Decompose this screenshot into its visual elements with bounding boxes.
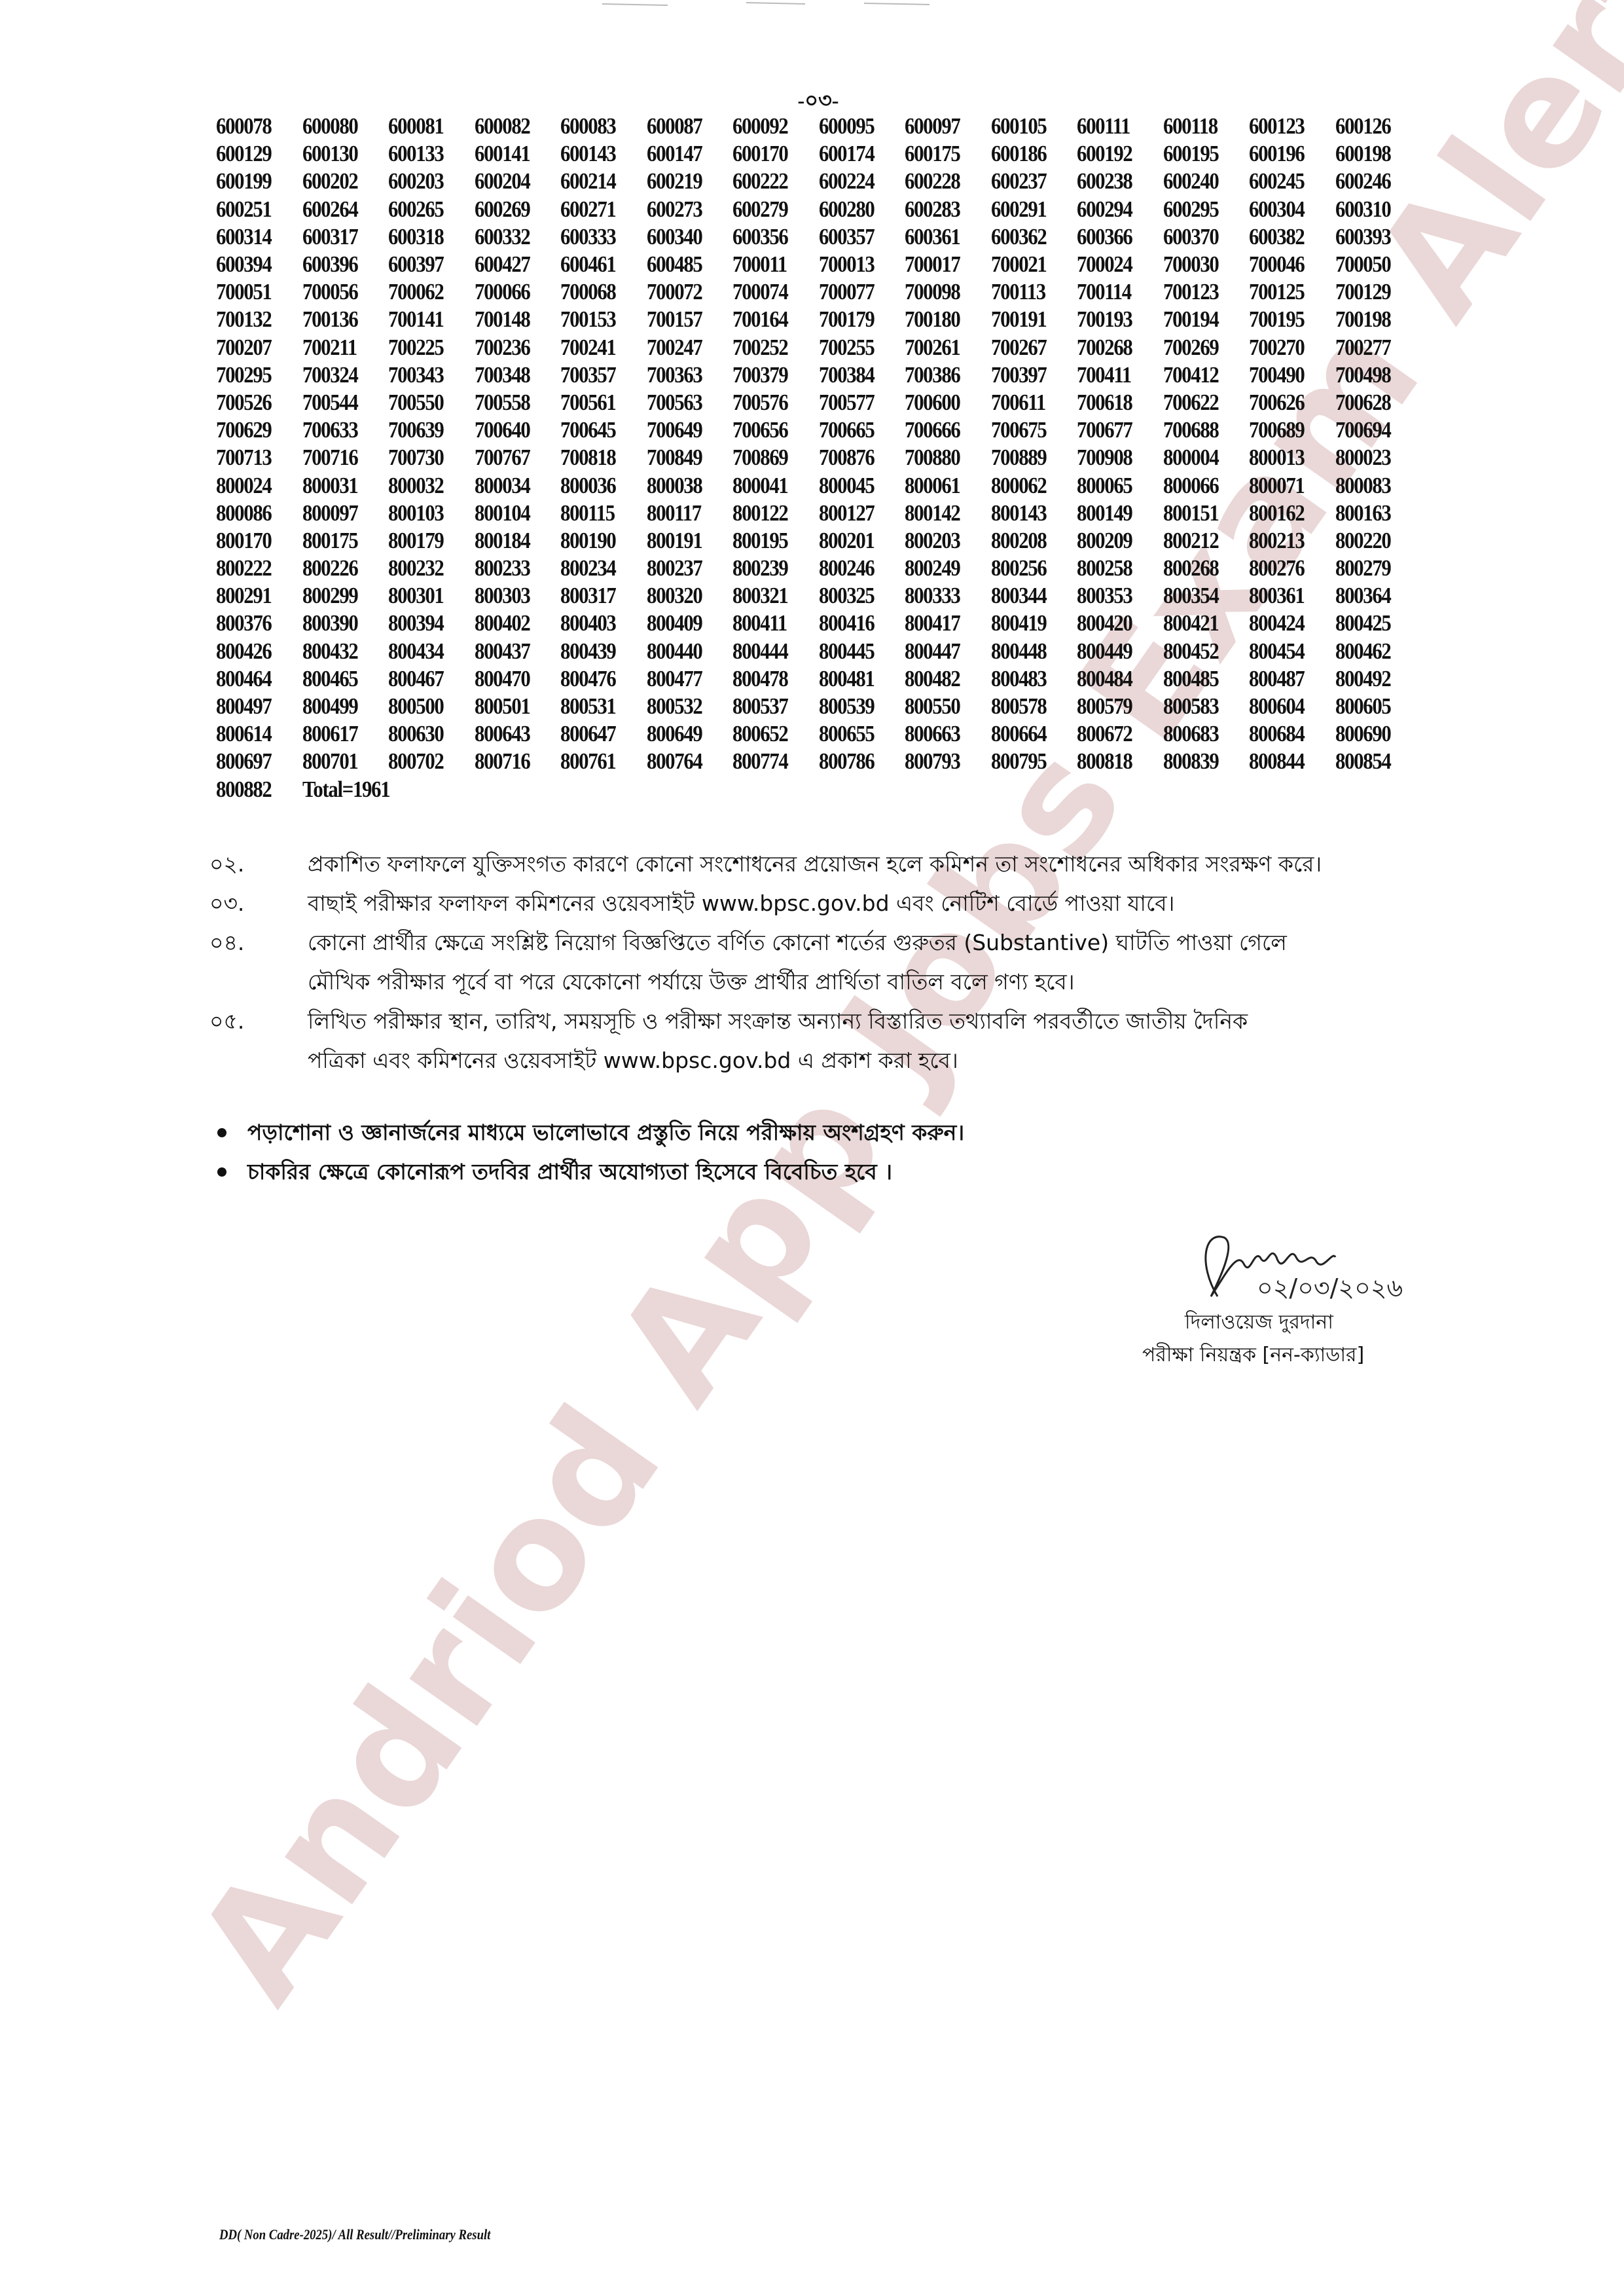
roll-number: 800237	[647, 555, 723, 581]
roll-number: 800127	[819, 500, 895, 526]
roll-number: 800142	[905, 500, 981, 526]
roll-number: 800256	[991, 555, 1067, 581]
roll-number: 700849	[647, 445, 723, 471]
note-item: ০৩.বাছাই পরীক্ষার ফলাফল কমিশনের ওয়েবসাই…	[209, 884, 1519, 923]
roll-number: 800537	[732, 693, 808, 720]
roll-number: 800233	[475, 555, 550, 581]
roll-number-row: 6000786000806000816000826000836000876000…	[216, 113, 1460, 140]
roll-number: 800424	[1249, 610, 1325, 636]
roll-number: 600080	[302, 113, 378, 139]
roll-number: 800643	[475, 721, 550, 747]
roll-number: 800439	[560, 638, 636, 665]
note-text: প্রকাশিত ফলাফলে যুক্তিসংগত কারণে কোনো সং…	[308, 845, 1519, 884]
roll-number: 600083	[560, 113, 636, 139]
roll-number: 800437	[475, 638, 550, 665]
note-text: বাছাই পরীক্ষার ফলাফল কমিশনের ওয়েবসাইট w…	[308, 884, 1519, 923]
roll-number: 700247	[647, 335, 723, 361]
roll-number: 600095	[819, 113, 895, 139]
roll-number: 800038	[647, 473, 723, 499]
roll-number: 800501	[475, 693, 550, 720]
roll-number: 600147	[647, 141, 723, 167]
roll-number: 800201	[819, 528, 895, 554]
roll-number: 800276	[1249, 555, 1325, 581]
note-index	[209, 962, 308, 1002]
roll-number: 700412	[1163, 362, 1239, 388]
roll-number: 600332	[475, 224, 550, 250]
roll-number: 800578	[991, 693, 1067, 720]
roll-number: 800041	[732, 473, 808, 499]
roll-number: 600196	[1249, 141, 1325, 167]
roll-number: 800333	[905, 583, 981, 609]
roll-number: 700577	[819, 390, 895, 416]
roll-number: 800426	[216, 638, 292, 665]
roll-number: 700576	[732, 390, 808, 416]
roll-number: 800449	[1077, 638, 1153, 665]
roll-number: 800321	[732, 583, 808, 609]
roll-number: 800425	[1335, 610, 1411, 636]
roll-number: 600081	[388, 113, 464, 139]
roll-number: 700113	[991, 279, 1067, 305]
roll-number: 700072	[647, 279, 723, 305]
roll-number: 700198	[1335, 306, 1411, 333]
roll-number: 700526	[216, 390, 292, 416]
roll-number: 800143	[991, 500, 1067, 526]
roll-number: 700666	[905, 417, 981, 443]
roll-number: 800083	[1335, 473, 1411, 499]
roll-number: 800320	[647, 583, 723, 609]
roll-number: 800203	[905, 528, 981, 554]
roll-number: 600294	[1077, 196, 1153, 223]
roll-number: 600118	[1163, 113, 1239, 139]
roll-number: 700267	[991, 335, 1067, 361]
roll-number: 800023	[1335, 445, 1411, 471]
roll-number: 800786	[819, 748, 895, 775]
roll-number: 700411	[1077, 362, 1153, 388]
roll-number: 800062	[991, 473, 1067, 499]
roll-number: 700269	[1163, 335, 1239, 361]
roll-number: 800432	[302, 638, 378, 665]
roll-number: 700688	[1163, 417, 1239, 443]
roll-number: 800793	[905, 748, 981, 775]
roll-number: 600318	[388, 224, 464, 250]
roll-number: 800487	[1249, 666, 1325, 692]
roll-number: 700561	[560, 390, 636, 416]
roll-number: 800477	[647, 666, 723, 692]
total-count: Total=1961	[302, 777, 389, 803]
roll-number: 800213	[1249, 528, 1325, 554]
roll-number: 800208	[991, 528, 1067, 554]
roll-number: 800220	[1335, 528, 1411, 554]
roll-number: 800419	[991, 610, 1067, 636]
roll-number: 800531	[560, 693, 636, 720]
roll-number: 700563	[647, 390, 723, 416]
signatory-title: পরীক্ষা নিয়ন্ত্রক [নন-ক্যাডার]	[1142, 1339, 1364, 1372]
roll-number: 800268	[1163, 555, 1239, 581]
note-item: পত্রিকা এবং কমিশনের ওয়েবসাইট www.bpsc.g…	[209, 1041, 1519, 1080]
roll-number: 700211	[302, 335, 378, 361]
roll-number: 800353	[1077, 583, 1153, 609]
roll-number: 800190	[560, 528, 636, 554]
roll-number: 700236	[475, 335, 550, 361]
roll-number: 800258	[1077, 555, 1153, 581]
roll-number: 700252	[732, 335, 808, 361]
roll-number: 700077	[819, 279, 895, 305]
roll-number: 600141	[475, 141, 550, 167]
signatory-name: দিলাওয়েজ দুরদানা	[1185, 1306, 1333, 1340]
roll-number: 800184	[475, 528, 550, 554]
roll-number: 700386	[905, 362, 981, 388]
roll-number: 600214	[560, 168, 636, 194]
roll-number: 800605	[1335, 693, 1411, 720]
roll-number: 700611	[991, 390, 1067, 416]
roll-number-row: 7006297006337006397006407006457006497006…	[216, 416, 1460, 444]
roll-number: 600333	[560, 224, 636, 250]
roll-number: 800394	[388, 610, 464, 636]
roll-number: 800647	[560, 721, 636, 747]
note-item: ০৫.লিখিত পরীক্ষার স্থান, তারিখ, সময়সূচি…	[209, 1002, 1519, 1041]
roll-number: 800448	[991, 638, 1067, 665]
roll-number: 600097	[905, 113, 981, 139]
roll-number-row: 7002077002117002257002367002417002477002…	[216, 334, 1460, 361]
bullet-dot-icon	[217, 1167, 226, 1177]
roll-number: 800279	[1335, 555, 1411, 581]
roll-number: 700665	[819, 417, 895, 443]
roll-number: 700056	[302, 279, 378, 305]
roll-number: 800212	[1163, 528, 1239, 554]
roll-number: 800672	[1077, 721, 1153, 747]
roll-number: 700876	[819, 445, 895, 471]
roll-number: 700164	[732, 306, 808, 333]
roll-number: 800013	[1249, 445, 1325, 471]
roll-number: 700639	[388, 417, 464, 443]
roll-number: 600222	[732, 168, 808, 194]
note-index: ০৪.	[209, 923, 308, 962]
roll-number: 600264	[302, 196, 378, 223]
roll-number-row: 8004268004328004348004378004398004408004…	[216, 638, 1460, 665]
roll-number: 600393	[1335, 224, 1411, 250]
roll-number: 700051	[216, 279, 292, 305]
roll-number: 700626	[1249, 390, 1325, 416]
roll-number: 800162	[1249, 500, 1325, 526]
roll-number: 600317	[302, 224, 378, 250]
roll-number: 700261	[905, 335, 981, 361]
roll-number: 700363	[647, 362, 723, 388]
roll-number: 700689	[1249, 417, 1325, 443]
roll-number: 700021	[991, 251, 1067, 278]
roll-number: 800024	[216, 473, 292, 499]
roll-number-row: 7001327001367001417001487001537001577001…	[216, 306, 1460, 333]
roll-number: 800465	[302, 666, 378, 692]
roll-number: 700062	[388, 279, 464, 305]
roll-number: 800500	[388, 693, 464, 720]
roll-number: 700629	[216, 417, 292, 443]
note-item: ০২.প্রকাশিত ফলাফলে যুক্তিসংগত কারণে কোনো…	[209, 845, 1519, 884]
roll-number: 800403	[560, 610, 636, 636]
roll-number: 800702	[388, 748, 464, 775]
roll-number: 600133	[388, 141, 464, 167]
roll-number: 800854	[1335, 748, 1411, 775]
roll-number: 700295	[216, 362, 292, 388]
roll-number: 600366	[1077, 224, 1153, 250]
roll-number: 800761	[560, 748, 636, 775]
roll-number: 600198	[1335, 141, 1411, 167]
roll-number: 700324	[302, 362, 378, 388]
roll-number: 800492	[1335, 666, 1411, 692]
roll-number-row: 8006148006178006308006438006478006498006…	[216, 720, 1460, 748]
roll-number: 700068	[560, 279, 636, 305]
bullet-dot-icon	[217, 1128, 226, 1137]
note-index: ০৩.	[209, 884, 308, 923]
roll-number: 800476	[560, 666, 636, 692]
roll-number: 800344	[991, 583, 1067, 609]
roll-number: 800583	[1163, 693, 1239, 720]
roll-number: 700348	[475, 362, 550, 388]
roll-number: 800470	[475, 666, 550, 692]
roll-number-row: 800882Total=1961	[216, 776, 1460, 803]
roll-number: 600175	[905, 141, 981, 167]
roll-number: 800291	[216, 583, 292, 609]
roll-number: 600219	[647, 168, 723, 194]
roll-number: 700046	[1249, 251, 1325, 278]
roll-number: 800464	[216, 666, 292, 692]
bullet-text: পড়াশোনা ও জ্ঞানার্জনের মাধ্যমে ভালোভাবে…	[247, 1113, 964, 1152]
note-text: লিখিত পরীক্ষার স্থান, তারিখ, সময়সূচি ও …	[308, 1002, 1519, 1041]
note-text: কোনো প্রার্থীর ক্ষেত্রে সংশ্লিষ্ট নিয়োগ…	[308, 923, 1519, 962]
roll-number-list: 6000786000806000816000826000836000876000…	[216, 113, 1460, 803]
roll-number: 600394	[216, 251, 292, 278]
roll-number: 800122	[732, 500, 808, 526]
roll-number: 800532	[647, 693, 723, 720]
roll-number: 700622	[1163, 390, 1239, 416]
roll-number: 700125	[1249, 279, 1325, 305]
roll-number: 800364	[1335, 583, 1411, 609]
roll-number: 800697	[216, 748, 292, 775]
roll-number: 600228	[905, 168, 981, 194]
roll-number: 800447	[905, 638, 981, 665]
roll-number: 800684	[1249, 721, 1325, 747]
roll-number: 600203	[388, 168, 464, 194]
roll-number: 800246	[819, 555, 895, 581]
roll-number: 600170	[732, 141, 808, 167]
roll-number: 700558	[475, 390, 550, 416]
roll-number: 800249	[905, 555, 981, 581]
roll-number-row: 8006978007018007028007168007618007648007…	[216, 748, 1460, 775]
roll-number: 600237	[991, 168, 1067, 194]
roll-number: 700241	[560, 335, 636, 361]
roll-number: 800452	[1163, 638, 1239, 665]
roll-number: 600291	[991, 196, 1067, 223]
roll-number: 800195	[732, 528, 808, 554]
roll-number: 600310	[1335, 196, 1411, 223]
roll-number: 600130	[302, 141, 378, 167]
roll-number: 800774	[732, 748, 808, 775]
bullet-text: চাকরির ক্ষেত্রে কোনোরূপ তদবির প্রার্থীর …	[247, 1152, 892, 1192]
roll-number-row: 8004978004998005008005018005318005328005…	[216, 693, 1460, 720]
roll-number: 700694	[1335, 417, 1411, 443]
roll-number: 600105	[991, 113, 1067, 139]
roll-number: 800071	[1249, 473, 1325, 499]
roll-number: 800234	[560, 555, 636, 581]
roll-number-row: 6003146003176003186003326003336003406003…	[216, 223, 1460, 251]
footer-reference: DD( Non Cadre-2025)/ All Result//Prelimi…	[219, 2226, 490, 2243]
roll-number: 800086	[216, 500, 292, 526]
roll-number: 800209	[1077, 528, 1153, 554]
roll-number: 700193	[1077, 306, 1153, 333]
roll-number-row: 7000517000567000627000667000687000727000…	[216, 278, 1460, 306]
roll-number: 700889	[991, 445, 1067, 471]
roll-number: 600295	[1163, 196, 1239, 223]
roll-number-row: 7002957003247003437003487003577003637003…	[216, 361, 1460, 389]
roll-number: 700194	[1163, 306, 1239, 333]
roll-number: 800402	[475, 610, 550, 636]
roll-number: 700066	[475, 279, 550, 305]
roll-number: 800444	[732, 638, 808, 665]
roll-number: 800149	[1077, 500, 1153, 526]
roll-number: 700908	[1077, 445, 1153, 471]
roll-number: 700640	[475, 417, 550, 443]
roll-number: 800579	[1077, 693, 1153, 720]
roll-number: 600314	[216, 224, 292, 250]
roll-number: 800411	[732, 610, 808, 636]
roll-number: 700114	[1077, 279, 1153, 305]
roll-number: 700767	[475, 445, 550, 471]
roll-number: 700270	[1249, 335, 1325, 361]
signature-image: ০২/০৩/২০২৬	[1178, 1224, 1479, 1310]
roll-number: 800163	[1335, 500, 1411, 526]
roll-number: 600246	[1335, 168, 1411, 194]
roll-number: 600361	[905, 224, 981, 250]
roll-number: 600396	[302, 251, 378, 278]
roll-number: 700713	[216, 445, 292, 471]
note-item: ০৪.কোনো প্রার্থীর ক্ষেত্রে সংশ্লিষ্ট নিয…	[209, 923, 1519, 962]
roll-number: 700255	[819, 335, 895, 361]
roll-number: 700098	[905, 279, 981, 305]
roll-number: 700129	[1335, 279, 1411, 305]
note-index: ০৫.	[209, 1002, 308, 1041]
roll-number: 800630	[388, 721, 464, 747]
roll-number: 800478	[732, 666, 808, 692]
roll-number: 600362	[991, 224, 1067, 250]
roll-number: 600273	[647, 196, 723, 223]
roll-number: 600082	[475, 113, 550, 139]
roll-number: 800844	[1249, 748, 1325, 775]
roll-number: 600087	[647, 113, 723, 139]
roll-number: 800361	[1249, 583, 1325, 609]
roll-number: 600245	[1249, 168, 1325, 194]
roll-number: 600265	[388, 196, 464, 223]
roll-number: 800482	[905, 666, 981, 692]
roll-number-row: 6001296001306001336001416001436001476001…	[216, 140, 1460, 168]
roll-number: 800416	[819, 610, 895, 636]
roll-number: 600204	[475, 168, 550, 194]
note-item: মৌখিক পরীক্ষার পূর্বে বা পরে যেকোনো পর্য…	[209, 962, 1519, 1002]
roll-number: 800036	[560, 473, 636, 499]
roll-number: 800151	[1163, 500, 1239, 526]
roll-number: 800325	[819, 583, 895, 609]
roll-number-row: 6003946003966003976004276004616004857000…	[216, 251, 1460, 278]
roll-number: 700268	[1077, 335, 1153, 361]
roll-number: 800764	[647, 748, 723, 775]
bullet-item: পড়াশোনা ও জ্ঞানার্জনের মাধ্যমে ভালোভাবে…	[209, 1113, 1453, 1152]
roll-number-row: 8000248000318000328000348000368000388000…	[216, 471, 1460, 499]
roll-number: 800481	[819, 666, 895, 692]
roll-number: 800303	[475, 583, 550, 609]
roll-number: 600186	[991, 141, 1067, 167]
roll-number: 800117	[647, 500, 723, 526]
roll-number: 600143	[560, 141, 636, 167]
roll-number: 800317	[560, 583, 636, 609]
roll-number: 700157	[647, 306, 723, 333]
scan-artifact	[589, 0, 1047, 16]
roll-number: 600357	[819, 224, 895, 250]
roll-number: 700397	[991, 362, 1067, 388]
roll-number: 600092	[732, 113, 808, 139]
roll-number: 700384	[819, 362, 895, 388]
roll-number: 700649	[647, 417, 723, 443]
roll-number: 800097	[302, 500, 378, 526]
roll-number: 700024	[1077, 251, 1153, 278]
bullet-item: চাকরির ক্ষেত্রে কোনোরূপ তদবির প্রার্থীর …	[209, 1152, 1453, 1192]
roll-number: 600280	[819, 196, 895, 223]
roll-number: 700180	[905, 306, 981, 333]
roll-number: 800031	[302, 473, 378, 499]
roll-number: 700030	[1163, 251, 1239, 278]
roll-number: 700379	[732, 362, 808, 388]
roll-number: 700225	[388, 335, 464, 361]
roll-number: 800175	[302, 528, 378, 554]
roll-number: 600427	[475, 251, 550, 278]
roll-number: 800454	[1249, 638, 1325, 665]
roll-number: 800485	[1163, 666, 1239, 692]
roll-number: 700618	[1077, 390, 1153, 416]
roll-number: 700277	[1335, 335, 1411, 361]
roll-number: 800550	[905, 693, 981, 720]
roll-number: 700490	[1249, 362, 1325, 388]
roll-number: 800690	[1335, 721, 1411, 747]
roll-number: 700656	[732, 417, 808, 443]
roll-number: 600129	[216, 141, 292, 167]
roll-number: 700677	[1077, 417, 1153, 443]
roll-number: 700013	[819, 251, 895, 278]
roll-number: 800818	[1077, 748, 1153, 775]
roll-number: 800664	[991, 721, 1067, 747]
roll-number: 800115	[560, 500, 636, 526]
roll-number: 700550	[388, 390, 464, 416]
roll-number: 700600	[905, 390, 981, 416]
roll-number: 600397	[388, 251, 464, 278]
roll-number: 800417	[905, 610, 981, 636]
roll-number: 800539	[819, 693, 895, 720]
roll-number: 800483	[991, 666, 1067, 692]
roll-number: 600304	[1249, 196, 1325, 223]
roll-number: 700628	[1335, 390, 1411, 416]
roll-number: 800232	[388, 555, 464, 581]
roll-number: 800376	[216, 610, 292, 636]
roll-number: 700730	[388, 445, 464, 471]
roll-number: 600279	[732, 196, 808, 223]
roll-number: 800191	[647, 528, 723, 554]
note-index	[209, 1041, 308, 1080]
bullet-list: পড়াশোনা ও জ্ঞানার্জনের মাধ্যমে ভালোভাবে…	[209, 1113, 1453, 1192]
roll-number: 800390	[302, 610, 378, 636]
roll-number: 700818	[560, 445, 636, 471]
roll-number: 600485	[647, 251, 723, 278]
roll-number: 600192	[1077, 141, 1153, 167]
roll-number: 800462	[1335, 638, 1411, 665]
roll-number: 800652	[732, 721, 808, 747]
roll-number: 600370	[1163, 224, 1239, 250]
roll-number: 600078	[216, 113, 292, 139]
